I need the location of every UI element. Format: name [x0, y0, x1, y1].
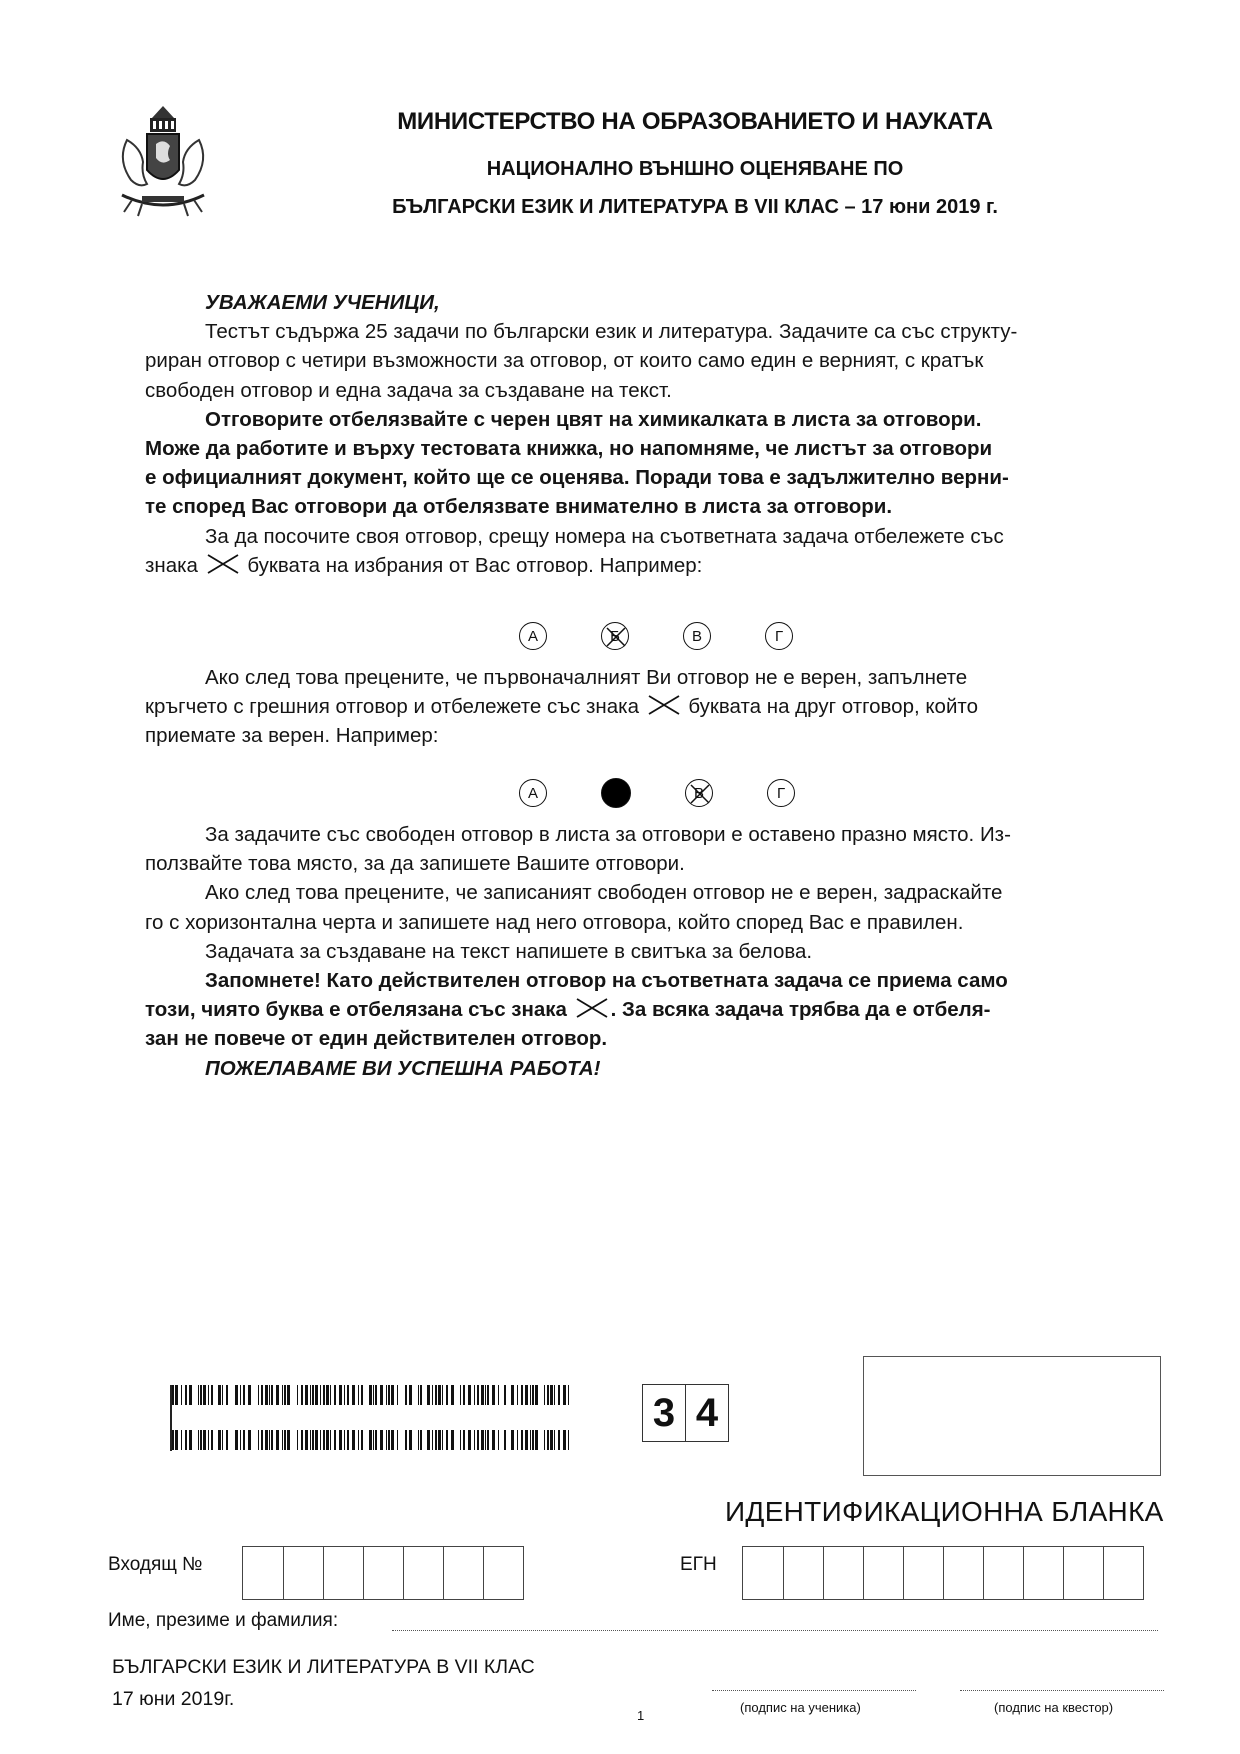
instructions-block-3: За задачите със свободен отговор в листа… [145, 820, 1135, 1083]
barcode-bar [388, 1430, 390, 1450]
barcode-bar [284, 1385, 286, 1405]
paragraph-line: Задачата за създаване на текст напишете … [145, 937, 1135, 966]
barcode-bar [189, 1430, 192, 1450]
incoming-number-field[interactable] [242, 1546, 524, 1600]
option-letter: В [692, 628, 702, 645]
closing-wish: ПОЖЕЛАВАМЕ ВИ УСПЕШНА РАБОТА! [145, 1054, 1135, 1083]
option-circle-a: А [519, 622, 547, 650]
barcode-bar [460, 1430, 461, 1450]
barcode-bar [258, 1385, 259, 1405]
barcode-bar [361, 1430, 363, 1450]
digit-cell[interactable] [1103, 1547, 1143, 1599]
barcode-bar [481, 1385, 484, 1405]
paragraph-line-bold: Може да работите и върху тестовата книжк… [145, 434, 1135, 463]
student-signature-label: (подпис на ученика) [740, 1700, 861, 1715]
barcode-bar [185, 1430, 187, 1450]
digit-cell[interactable] [863, 1547, 903, 1599]
barcode-bar [504, 1385, 506, 1405]
barcode-bar [305, 1385, 308, 1405]
paragraph-line-bold: този, чиято буква е отбелязана със знака… [145, 995, 1135, 1024]
digit-cell[interactable] [483, 1547, 523, 1599]
barcode-bottom [170, 1430, 571, 1450]
student-signature-line[interactable] [712, 1690, 916, 1691]
egn-field[interactable] [742, 1546, 1144, 1600]
paragraph-line-bold: е официалният документ, който ще се оцен… [145, 463, 1135, 492]
barcode-bar [418, 1430, 419, 1450]
barcode-bar [521, 1430, 523, 1450]
barcode-bar [218, 1385, 221, 1405]
barcode-bar [563, 1385, 566, 1405]
barcode-bar [198, 1430, 199, 1450]
digit: 4 [685, 1385, 728, 1441]
barcode-bar [361, 1385, 363, 1405]
barcode-bar [397, 1385, 398, 1405]
barcode-bar [235, 1430, 238, 1450]
paragraph-line: знака буквата на избрания от Вас отговор… [145, 551, 1135, 580]
barcode-bar [517, 1385, 518, 1405]
barcode-bar [271, 1430, 273, 1450]
incoming-number-label: Входящ № [108, 1554, 203, 1576]
option-letter: А [528, 785, 538, 802]
barcode-bar [405, 1430, 407, 1450]
barcode-bar [427, 1430, 430, 1450]
option-circle-v: В [683, 622, 711, 650]
barcode-bar [305, 1430, 308, 1450]
barcode-bar [558, 1430, 560, 1450]
barcode-bar [203, 1430, 206, 1450]
barcode-bar [358, 1385, 359, 1405]
barcode-bar [544, 1385, 545, 1405]
barcode-bar [386, 1430, 387, 1450]
barcode-bar [463, 1430, 465, 1450]
barcode-bar [185, 1385, 187, 1405]
text-fragment: кръгчето с грешния отговор и отбележете … [145, 695, 639, 718]
coat-of-arms-emblem [112, 100, 214, 225]
page-number: 1 [637, 1708, 644, 1723]
barcode-bar [352, 1430, 355, 1450]
barcode-bar [248, 1385, 251, 1405]
barcode-bar [554, 1385, 555, 1405]
barcode-bar [312, 1430, 314, 1450]
barcode-bar [271, 1385, 273, 1405]
barcode-bar [310, 1385, 311, 1405]
barcode-bar [405, 1385, 407, 1405]
full-name-field[interactable] [392, 1630, 1158, 1631]
barcode-bar [391, 1430, 394, 1450]
barcode-bar [315, 1385, 318, 1405]
barcode-bar [269, 1430, 270, 1450]
barcode-bar [175, 1430, 178, 1450]
barcode-bar [438, 1385, 441, 1405]
barcode-bar [369, 1430, 372, 1450]
option-circle-g: Г [765, 622, 793, 650]
barcode-bar [339, 1385, 342, 1405]
barcode-bar [550, 1430, 553, 1450]
paragraph-line: Ако след това прецените, че записаният с… [145, 878, 1135, 907]
barcode-bar [550, 1385, 553, 1405]
barcode-bar [474, 1430, 475, 1450]
barcode-bar [418, 1385, 419, 1405]
barcode-bar [558, 1385, 560, 1405]
barcode-bar [451, 1385, 454, 1405]
barcode-bar [235, 1385, 238, 1405]
barcode-bar [477, 1385, 479, 1405]
barcode-bar [432, 1385, 433, 1405]
digit-cell[interactable] [323, 1547, 363, 1599]
barcode-bar [375, 1430, 377, 1450]
barcode-edge [170, 1385, 172, 1451]
barcode-bar [432, 1430, 433, 1450]
barcode-bar [320, 1430, 321, 1450]
barcode-bar [544, 1430, 545, 1450]
barcode-bar [211, 1430, 213, 1450]
footer-subject: БЪЛГАРСКИ ЕЗИК И ЛИТЕРАТУРА В VII КЛАС [112, 1656, 535, 1679]
barcode-bar [347, 1385, 349, 1405]
x-mark-icon [689, 783, 711, 805]
digit-cell[interactable] [743, 1547, 783, 1599]
barcode-bar [463, 1385, 465, 1405]
barcode-bar [352, 1385, 355, 1405]
barcode-bar [369, 1385, 372, 1405]
paragraph-line: За да посочите своя отговор, срещу номер… [145, 522, 1135, 551]
barcode-bar [287, 1385, 290, 1405]
x-mark-icon [575, 997, 609, 1019]
digit-cell[interactable] [443, 1547, 483, 1599]
barcode-bar [344, 1430, 345, 1450]
barcode-bar [326, 1385, 329, 1405]
booklet-number-box: 3 4 [642, 1384, 729, 1442]
barcode-bar [498, 1385, 499, 1405]
barcode-bar [172, 1385, 174, 1405]
exam-title-line1: НАЦИОНАЛНО ВЪНШНО ОЦЕНЯВАНЕ ПО [330, 158, 1060, 181]
barcode-bar [504, 1430, 506, 1450]
barcode-bar [301, 1430, 303, 1450]
option-letter: Г [775, 628, 783, 645]
barcode-bar [446, 1385, 448, 1405]
barcode-bar [203, 1385, 206, 1405]
barcode-bar [487, 1430, 489, 1450]
barcode-bar [468, 1385, 471, 1405]
barcode-bar [282, 1385, 283, 1405]
barcode-bar [468, 1430, 471, 1450]
text-fragment: . За всяка задача трябва да е отбеля- [611, 998, 991, 1021]
barcode-bar [386, 1385, 387, 1405]
barcode-bar [535, 1430, 538, 1450]
barcode-bar [222, 1385, 223, 1405]
barcode-bar [498, 1430, 499, 1450]
barcode-bar [208, 1385, 209, 1405]
x-mark-icon [647, 694, 681, 716]
paragraph-line: За задачите със свободен отговор в листа… [145, 820, 1135, 849]
barcode-bar [492, 1430, 495, 1450]
digit-cell[interactable] [1063, 1547, 1103, 1599]
barcode-bar [446, 1430, 448, 1450]
barcode-bar [243, 1385, 245, 1405]
barcode-bar [532, 1430, 534, 1450]
barcode-bar [547, 1430, 549, 1450]
example-answer-options-2: А В Г [519, 778, 795, 808]
barcode-bar [181, 1430, 182, 1450]
paragraph-line-bold: зан не повече от един действителен отгов… [145, 1024, 1135, 1053]
paragraph-line-bold: Отговорите отбелязвайте с черен цвят на … [145, 405, 1135, 434]
barcode-bar [334, 1430, 336, 1450]
barcode-bar [287, 1430, 290, 1450]
barcode-bar [312, 1385, 314, 1405]
barcode-bar [474, 1385, 475, 1405]
digit-cell[interactable] [1023, 1547, 1063, 1599]
barcode-bar [189, 1385, 192, 1405]
digit-cell[interactable] [283, 1547, 323, 1599]
paragraph-line: ползвайте това място, за да запишете Ваш… [145, 849, 1135, 878]
barcode-bar [373, 1385, 374, 1405]
paragraph-line: Тестът съдържа 25 задачи по български ез… [145, 317, 1135, 346]
barcode-bar [323, 1430, 325, 1450]
barcode-bar [226, 1430, 228, 1450]
option-circle-v-crossed: В [685, 779, 713, 807]
barcode-bar [435, 1430, 437, 1450]
sticker-box [863, 1356, 1161, 1476]
barcode-bar [265, 1430, 268, 1450]
barcode-bar [261, 1430, 263, 1450]
barcode-bar [269, 1385, 270, 1405]
barcode-bar [517, 1430, 518, 1450]
proctor-signature-line[interactable] [960, 1690, 1164, 1691]
barcode-bar [323, 1385, 325, 1405]
option-circle-b-crossed: Б [601, 622, 629, 650]
barcode-bar [409, 1430, 412, 1450]
option-circle-a: А [519, 779, 547, 807]
paragraph-line: свободен отговор и една задача за създав… [145, 376, 1135, 405]
barcode-bar [208, 1430, 209, 1450]
barcode-bar [222, 1430, 223, 1450]
barcode-bar [525, 1385, 528, 1405]
barcode-bar [511, 1385, 514, 1405]
option-letter: А [528, 628, 538, 645]
text-fragment: буквата на избрания от Вас отговор. Напр… [247, 554, 702, 577]
barcode-bar [521, 1385, 523, 1405]
barcode-bar [451, 1430, 454, 1450]
proctor-signature-label: (подпис на квестор) [994, 1700, 1113, 1715]
x-mark-icon [605, 626, 627, 648]
barcode-bar [330, 1385, 331, 1405]
option-circle-b-filled [601, 778, 631, 808]
example-answer-options-1: А Б В Г [519, 622, 793, 650]
x-mark-icon [206, 553, 240, 575]
barcode-bar [276, 1385, 279, 1405]
barcode-bar [358, 1430, 359, 1450]
barcode-bar [320, 1385, 321, 1405]
text-fragment: буквата на друг отговор, който [688, 695, 978, 718]
barcode-bar [397, 1430, 398, 1450]
barcode-bar [330, 1430, 331, 1450]
barcode-bar [240, 1385, 241, 1405]
barcode-bar [438, 1430, 441, 1450]
barcode-bar [477, 1430, 479, 1450]
barcode-bar [375, 1385, 377, 1405]
barcode-bar [380, 1430, 383, 1450]
barcode-bar [568, 1385, 569, 1405]
barcode-bar [373, 1430, 374, 1450]
exam-title-line2: БЪЛГАРСКИ ЕЗИК И ЛИТЕРАТУРА В VII КЛАС –… [330, 196, 1060, 219]
barcode-bar [427, 1385, 430, 1405]
barcode-bar [282, 1430, 283, 1450]
ministry-title: МИНИСТЕРСТВО НА ОБРАЗОВАНИЕТО И НАУКАТА [330, 108, 1060, 136]
text-fragment: този, чиято буква е отбелязана със знака [145, 998, 567, 1021]
barcode-bar [284, 1430, 286, 1450]
digit-cell[interactable] [943, 1547, 983, 1599]
barcode-bar [347, 1430, 349, 1450]
paragraph-line: приемате за верен. Например: [145, 721, 1135, 750]
barcode-bar [211, 1385, 213, 1405]
barcode-bar [261, 1385, 263, 1405]
barcode-bar [218, 1430, 221, 1450]
text-fragment: знака [145, 554, 198, 577]
greeting: УВАЖАЕМИ УЧЕНИЦИ, [145, 288, 1135, 317]
instructions-block: УВАЖАЕМИ УЧЕНИЦИ, Тестът съдържа 25 зада… [145, 288, 1135, 580]
barcode-bar [240, 1430, 241, 1450]
barcode-bar [525, 1430, 528, 1450]
barcode-bar [226, 1385, 228, 1405]
barcode-bar [442, 1385, 443, 1405]
barcode-bar [198, 1385, 199, 1405]
barcode-bar [460, 1385, 461, 1405]
barcode-bar [492, 1385, 495, 1405]
barcode-bar [547, 1385, 549, 1405]
barcode-bar [297, 1385, 298, 1405]
barcode-bar [334, 1385, 336, 1405]
barcode-bar [568, 1430, 569, 1450]
barcode-bar [535, 1385, 538, 1405]
barcode-bar [485, 1385, 486, 1405]
barcode-bar [409, 1385, 412, 1405]
id-form-title: ИДЕНТИФИКАЦИОННА БЛАНКА [725, 1496, 1164, 1528]
barcode-bar [258, 1430, 259, 1450]
paragraph-line: риран отговор с четири възможности за от… [145, 346, 1135, 375]
barcode-bar [530, 1430, 531, 1450]
barcode-bar [420, 1430, 422, 1450]
barcode-bar [481, 1430, 484, 1450]
instructions-block-2: Ако след това прецените, че първоначални… [145, 663, 1135, 751]
paragraph-line: Ако след това прецените, че първоначални… [145, 663, 1135, 692]
barcode-bar [388, 1385, 390, 1405]
paragraph-line: го с хоризонтална черта и запишете над н… [145, 908, 1135, 937]
barcode-bar [487, 1385, 489, 1405]
digit-cell[interactable] [783, 1547, 823, 1599]
egn-label: ЕГН [680, 1554, 717, 1576]
barcode-bar [530, 1385, 531, 1405]
paragraph-line: кръгчето с грешния отговор и отбележете … [145, 692, 1135, 721]
paragraph-line-bold: Запомнете! Като действителен отговор на … [145, 966, 1135, 995]
barcode-bar [181, 1385, 182, 1405]
option-circle-g: Г [767, 779, 795, 807]
barcode-bar [435, 1385, 437, 1405]
barcode-bar [532, 1385, 534, 1405]
barcode-bar [326, 1430, 329, 1450]
digit-cell[interactable] [243, 1547, 283, 1599]
barcode-bar [511, 1430, 514, 1450]
barcode-bar [297, 1430, 298, 1450]
barcode-bar [243, 1430, 245, 1450]
full-name-label: Име, презиме и фамилия: [108, 1610, 338, 1632]
barcode-bar [301, 1385, 303, 1405]
barcode-bar [339, 1430, 342, 1450]
barcode-bar [344, 1385, 345, 1405]
digit-cell[interactable] [403, 1547, 443, 1599]
paragraph-line-bold: те според Вас отговори да отбелязвате вн… [145, 492, 1135, 521]
barcode-bar [248, 1430, 251, 1450]
barcode-top [170, 1385, 571, 1405]
barcode-bar [172, 1430, 174, 1450]
barcode-bar [200, 1385, 202, 1405]
barcode-bar [315, 1430, 318, 1450]
barcode-bar [276, 1430, 279, 1450]
barcode-bar [200, 1430, 202, 1450]
digit-cell[interactable] [983, 1547, 1023, 1599]
barcode-bar [265, 1385, 268, 1405]
footer-date: 17 юни 2019г. [112, 1688, 234, 1711]
digit-cell[interactable] [903, 1547, 943, 1599]
barcode-bar [563, 1430, 566, 1450]
barcode-bar [485, 1430, 486, 1450]
barcode-bar [380, 1385, 383, 1405]
option-letter: Г [777, 785, 785, 802]
digit-cell[interactable] [363, 1547, 403, 1599]
barcode-bar [175, 1385, 178, 1405]
barcode-bar [554, 1430, 555, 1450]
barcode-bar [310, 1430, 311, 1450]
digit-cell[interactable] [823, 1547, 863, 1599]
barcode-bar [420, 1385, 422, 1405]
barcode-bar [391, 1385, 394, 1405]
barcode-bar [442, 1430, 443, 1450]
digit: 3 [643, 1385, 685, 1441]
